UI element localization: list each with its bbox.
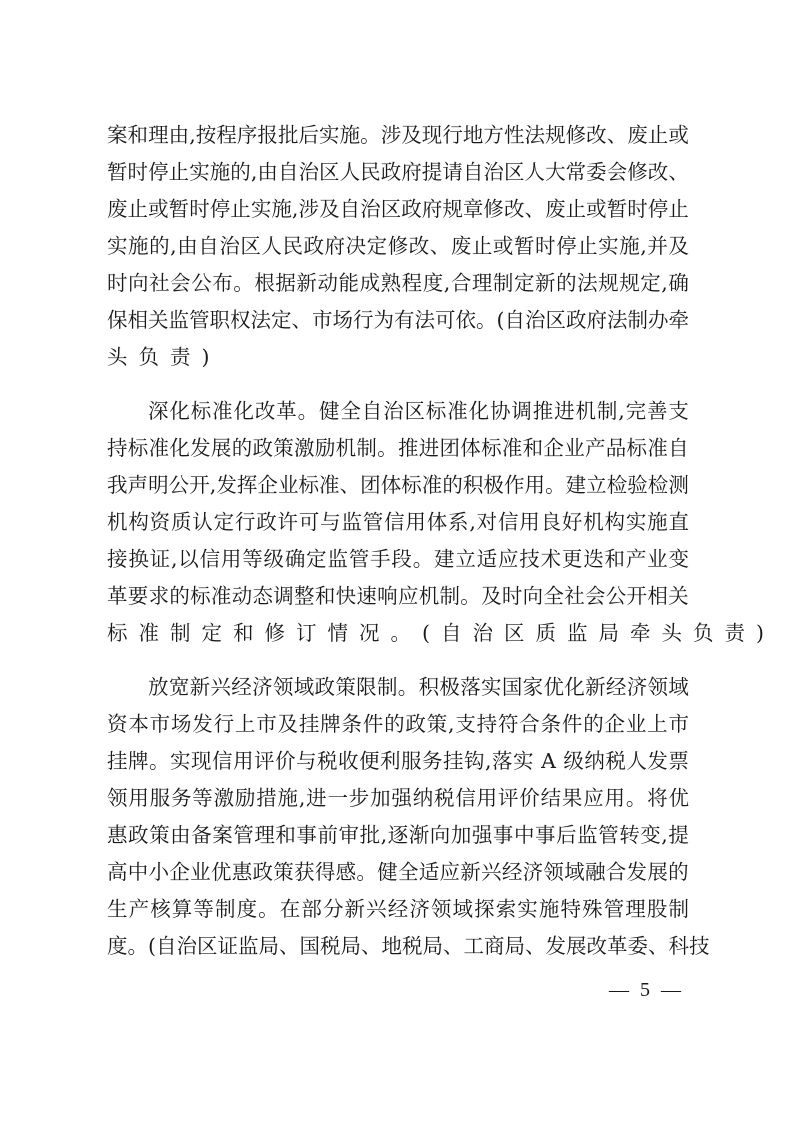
text-line: 案和理由,按程序报批后实施。涉及现行地方性法规修改、废止或 bbox=[107, 120, 689, 150]
text-line: 生产核算等制度。在部分新兴经济领域探索实施特殊管理股制 bbox=[107, 894, 689, 924]
text-line: 实施的,由自治区人民政府决定修改、废止或暂时停止实施,并及 bbox=[107, 231, 689, 261]
text-line: 高中小企业优惠政策获得感。健全适应新兴经济领域融合发展的 bbox=[107, 857, 689, 887]
text-line: 挂牌。实现信用评价与税收便利服务挂钩,落实 A 级纳税人发票 bbox=[107, 746, 689, 776]
document-page: 案和理由,按程序报批后实施。涉及现行地方性法规修改、废止或 暂时停止实施的,由自… bbox=[0, 0, 793, 1122]
text-line: 暂时停止实施的,由自治区人民政府提请自治区人大常委会修改、 bbox=[107, 157, 689, 187]
text-line: 机构资质认定行政许可与监管信用体系,对信用良好机构实施直 bbox=[107, 507, 689, 537]
page-number: — 5 — bbox=[600, 975, 690, 1005]
text-line: 放宽新兴经济领域政策限制。积极落实国家优化新经济领域 bbox=[148, 672, 689, 702]
text-line: 头负责) bbox=[107, 342, 689, 372]
text-line: 保相关监管职权法定、市场行为有法可依。(自治区政府法制办牵 bbox=[107, 305, 689, 335]
text-line: 我声明公开,发挥企业标准、团体标准的积极作用。建立检验检测 bbox=[107, 470, 689, 500]
text-line: 废止或暂时停止实施,涉及自治区政府规章修改、废止或暂时停止 bbox=[107, 194, 689, 224]
text-line: 领用服务等激励措施,进一步加强纳税信用评价结果应用。将优 bbox=[107, 783, 689, 813]
text-line: 接换证,以信用等级确定监管手段。建立适应技术更迭和产业变 bbox=[107, 544, 689, 574]
text-line: 革要求的标准动态调整和快速响应机制。及时向全社会公开相关 bbox=[107, 581, 689, 611]
text-line: 度。(自治区证监局、国税局、地税局、工商局、发展改革委、科技 bbox=[107, 931, 689, 961]
text-line: 深化标准化改革。健全自治区标准化协调推进机制,完善支 bbox=[148, 396, 689, 426]
text-line: 资本市场发行上市及挂牌条件的政策,支持符合条件的企业上市 bbox=[107, 709, 689, 739]
text-line: 标准制定和修订情况。(自治区质监局牵头负责) bbox=[107, 618, 689, 648]
text-line: 时向社会公布。根据新动能成熟程度,合理制定新的法规规定,确 bbox=[107, 268, 689, 298]
text-line: 惠政策由备案管理和事前审批,逐渐向加强事中事后监管转变,提 bbox=[107, 820, 689, 850]
text-line: 持标准化发展的政策激励机制。推进团体标准和企业产品标准自 bbox=[107, 433, 689, 463]
